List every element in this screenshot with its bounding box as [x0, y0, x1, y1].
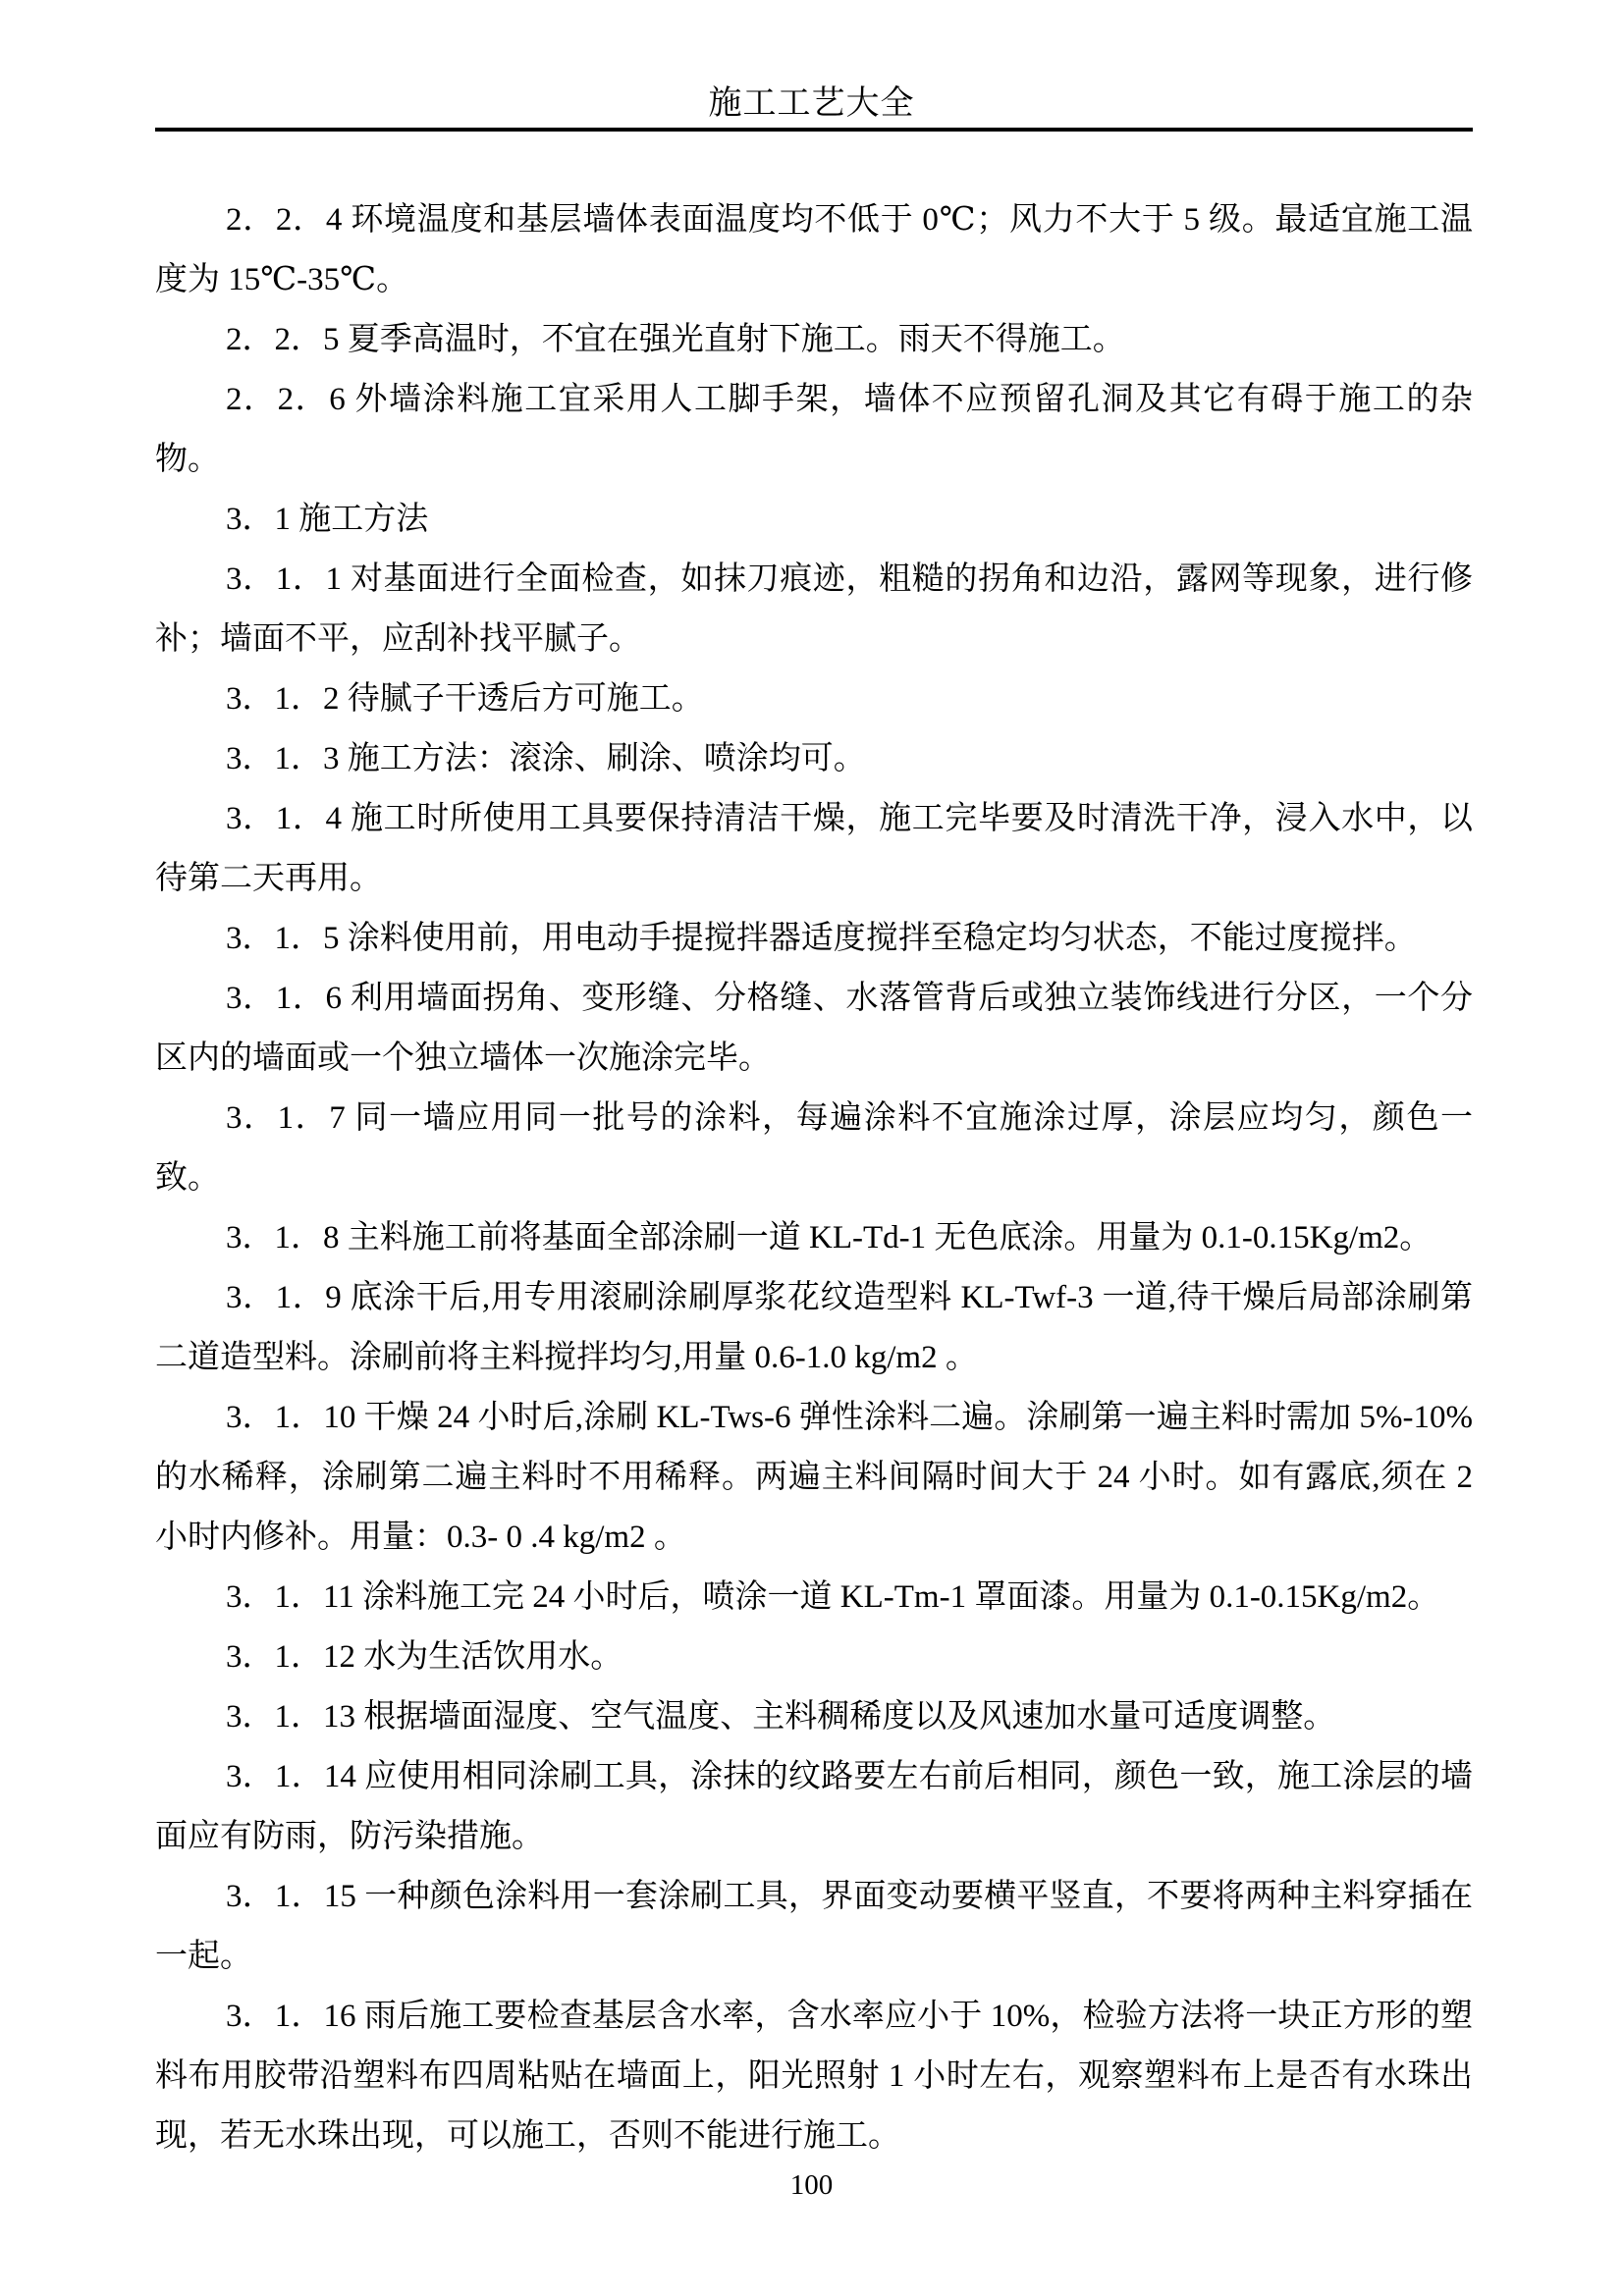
paragraph: 3．1．11 涂料施工完 24 小时后，喷涂一道 KL-Tm-1 罩面漆。用量为… [155, 1568, 1473, 1628]
paragraph: 3．1．8 主料施工前将基面全部涂刷一道 KL-Td-1 无色底涂。用量为 0.… [155, 1208, 1473, 1268]
paragraph: 3．1．12 水为生活饮用水。 [155, 1628, 1473, 1687]
paragraph: 2．2．4 环境温度和基层墙体表面温度均不低于 0℃；风力不大于 5 级。最适宜… [155, 190, 1473, 310]
page-number: 100 [790, 2169, 834, 2201]
paragraph: 3．1．15 一种颜色涂料用一套涂刷工具，界面变动要横平竖直，不要将两种主料穿插… [155, 1867, 1473, 1987]
paragraph: 3．1．14 应使用相同涂刷工具，涂抹的纹路要左右前后相同，颜色一致，施工涂层的… [155, 1747, 1473, 1867]
document-body: 2．2．4 环境温度和基层墙体表面温度均不低于 0℃；风力不大于 5 级。最适宜… [155, 190, 1473, 2166]
paragraph: 3．1．9 底涂干后,用专用滚刷涂刷厚浆花纹造型料 KL-Twf-3 一道,待干… [155, 1268, 1473, 1388]
paragraph: 3．1．2 待腻子干透后方可施工。 [155, 669, 1473, 729]
paragraph: 3．1．4 施工时所使用工具要保持清洁干燥，施工完毕要及时清洗干净，浸入水中，以… [155, 789, 1473, 909]
paragraph: 3．1．7 同一墙应用同一批号的涂料，每遍涂料不宜施涂过厚，涂层应均匀，颜色一致… [155, 1089, 1473, 1208]
paragraph: 3．1．10 干燥 24 小时后,涂刷 KL-Tws-6 弹性涂料二遍。涂刷第一… [155, 1388, 1473, 1568]
paragraph: 2．2．6 外墙涂料施工宜采用人工脚手架，墙体不应预留孔洞及其它有碍于施工的杂物… [155, 370, 1473, 490]
document-page: 施工工艺大全 2．2．4 环境温度和基层墙体表面温度均不低于 0℃；风力不大于 … [0, 0, 1623, 2296]
header-divider-rule [155, 128, 1473, 132]
paragraph: 3．1．1 对基面进行全面检查，如抹刀痕迹，粗糙的拐角和边沿，露网等现象，进行修… [155, 550, 1473, 669]
paragraph: 3．1 施工方法 [155, 490, 1473, 550]
paragraph: 2．2．5 夏季高温时，不宜在强光直射下施工。雨天不得施工。 [155, 310, 1473, 370]
paragraph: 3．1．16 雨后施工要检查基层含水率，含水率应小于 10%，检验方法将一块正方… [155, 1987, 1473, 2166]
paragraph: 3．1．6 利用墙面拐角、变形缝、分格缝、水落管背后或独立装饰线进行分区，一个分… [155, 969, 1473, 1089]
header-title: 施工工艺大全 [709, 84, 915, 124]
paragraph: 3．1．13 根据墙面湿度、空气温度、主料稠稀度以及风速加水量可适度调整。 [155, 1687, 1473, 1747]
page-header: 施工工艺大全 [0, 0, 1623, 124]
paragraph: 3．1．5 涂料使用前，用电动手提搅拌器适度搅拌至稳定均匀状态，不能过度搅拌。 [155, 909, 1473, 969]
paragraph: 3．1．3 施工方法：滚涂、刷涂、喷涂均可。 [155, 729, 1473, 789]
